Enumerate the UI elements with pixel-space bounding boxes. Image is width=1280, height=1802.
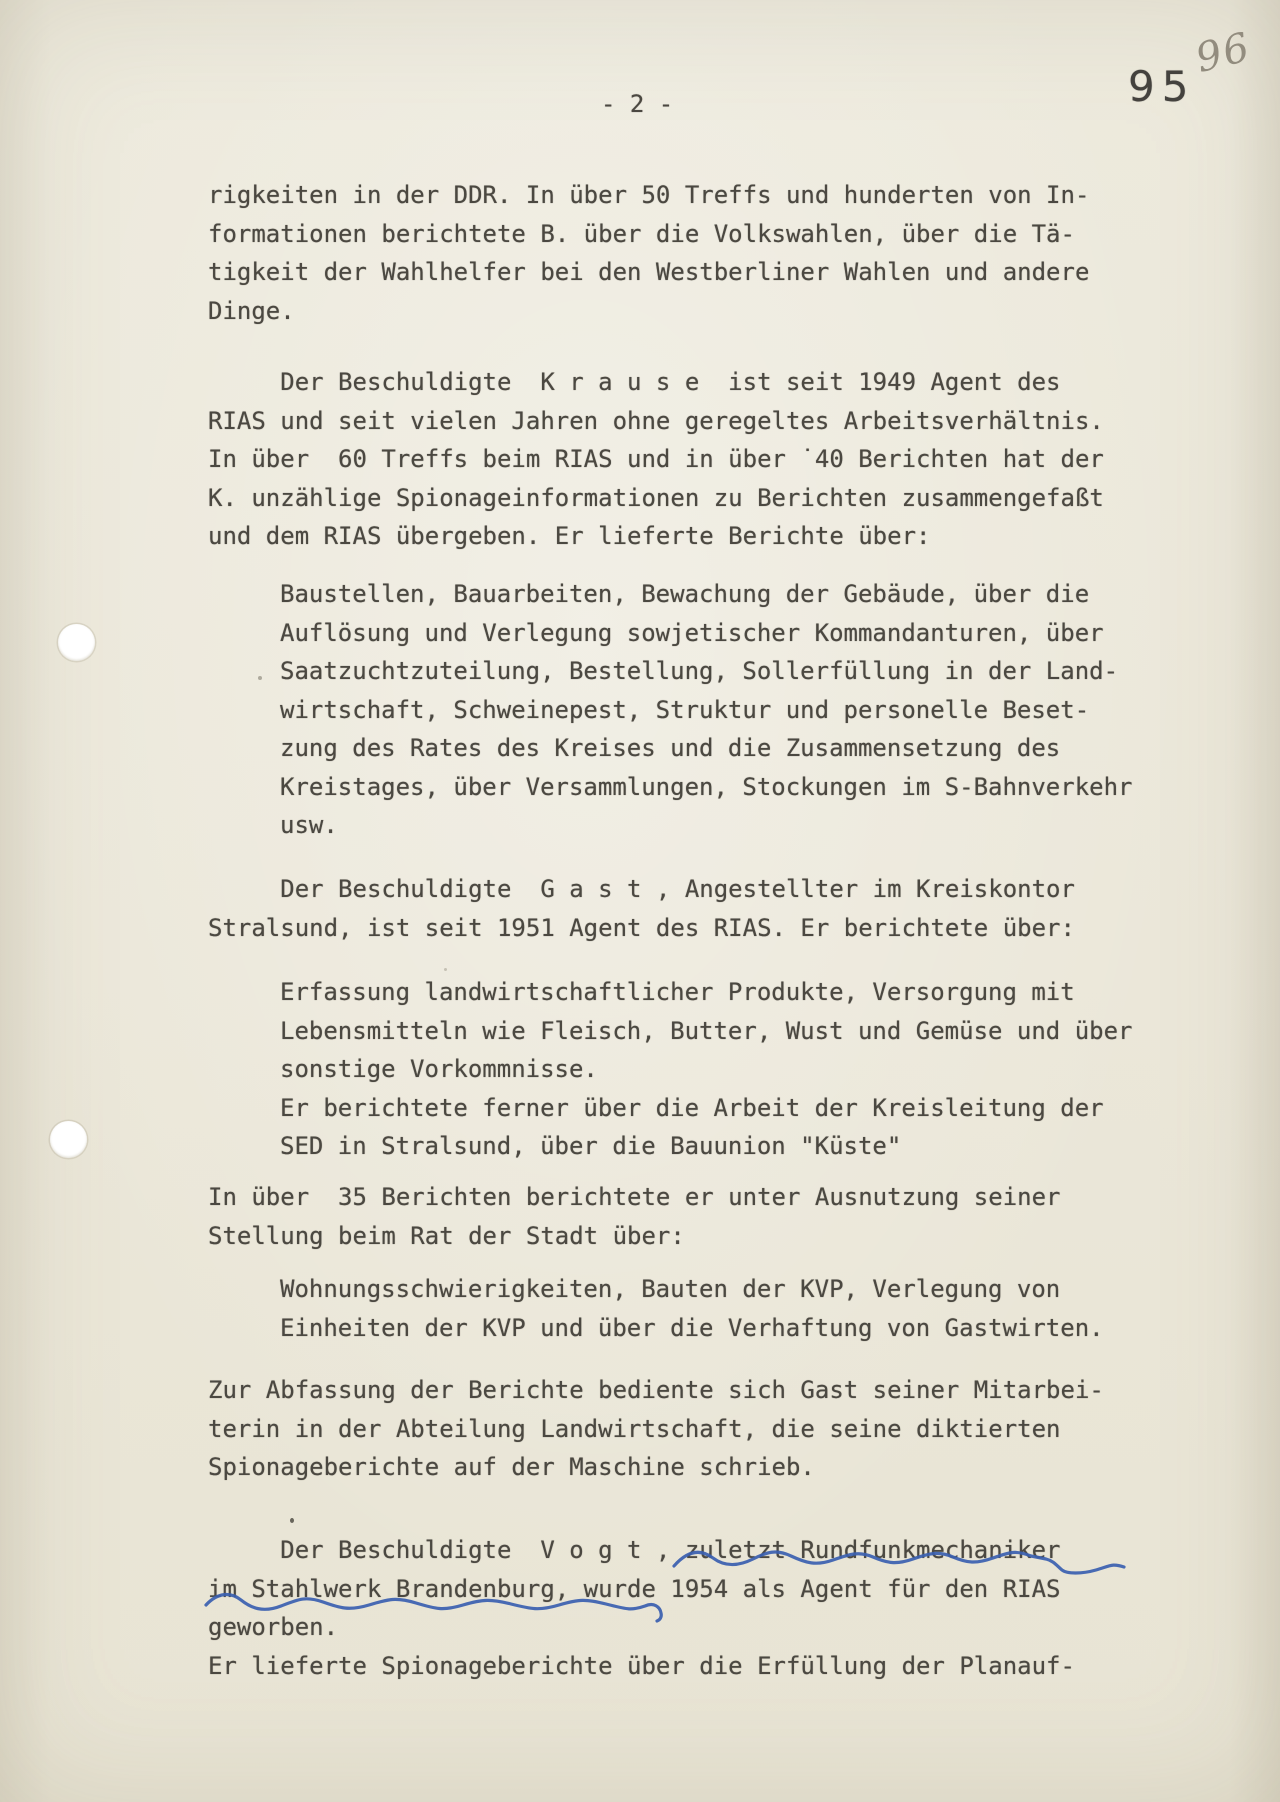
paragraph-gast: Der Beschuldigte G a s t , Angestellter … <box>208 870 1075 947</box>
stamped-folio-number: 95 <box>1128 62 1195 111</box>
text-line: RIAS und seit vielen Jahren ohne geregel… <box>208 402 1104 441</box>
list-gast-reports: Erfassung landwirtschaftlicher Produkte,… <box>280 973 1133 1166</box>
text-line: tigkeit der Wahlhelfer bei den Westberli… <box>208 253 1089 292</box>
hole-punch-top <box>58 624 95 661</box>
list-stadt-reports: Wohnungsschwierigkeiten, Bauten der KVP,… <box>280 1270 1104 1347</box>
text-line: In über 60 Treffs beim RIAS und in über … <box>208 440 1104 479</box>
list-krause-reports: Baustellen, Bauarbeiten, Bewachung der G… <box>280 575 1133 845</box>
text-line: Der Beschuldigte K r a u s e ist seit 19… <box>208 363 1104 402</box>
text-line: Lebensmitteln wie Fleisch, Butter, Wust … <box>280 1012 1133 1051</box>
ink-speck <box>290 1518 294 1523</box>
text-line: Er berichtete ferner über die Arbeit der… <box>280 1089 1133 1128</box>
paragraph-vogt: Der Beschuldigte V o g t , zuletzt Rundf… <box>208 1531 1075 1685</box>
text-line: Stralsund, ist seit 1951 Agent des RIAS.… <box>208 909 1075 948</box>
paragraph-abfassung: Zur Abfassung der Berichte bediente sich… <box>208 1371 1104 1487</box>
text-line: Auflösung und Verlegung sowjetischer Kom… <box>280 614 1133 653</box>
text-line: Spionageberichte auf der Maschine schrie… <box>208 1448 1104 1487</box>
text-line: usw. <box>280 806 1133 845</box>
hole-punch-bottom <box>50 1121 87 1158</box>
text-line: Zur Abfassung der Berichte bediente sich… <box>208 1371 1104 1410</box>
text-line: Dinge. <box>208 292 1089 331</box>
text-line: Kreistages, über Versammlungen, Stockung… <box>280 768 1133 807</box>
paragraph-krause: Der Beschuldigte K r a u s e ist seit 19… <box>208 363 1104 556</box>
text-line: Der Beschuldigte G a s t , Angestellter … <box>208 870 1075 909</box>
text-line: geworben. <box>208 1608 1075 1647</box>
paragraph-intro: rigkeiten in der DDR. In über 50 Treffs … <box>208 176 1089 330</box>
text-line: und dem RIAS übergeben. Er lieferte Beri… <box>208 517 1104 556</box>
text-line: formationen berichtete B. über die Volks… <box>208 215 1089 254</box>
dust-speck <box>444 968 447 971</box>
dust-speck <box>258 676 262 680</box>
text-line: im Stahlwerk Brandenburg, wurde 1954 als… <box>208 1570 1075 1609</box>
paragraph-35-berichte: In über 35 Berichten berichtete er unter… <box>208 1178 1061 1255</box>
text-line: Er lieferte Spionageberichte über die Er… <box>208 1647 1075 1686</box>
text-line: zung des Rates des Kreises und die Zusam… <box>280 729 1133 768</box>
text-line: SED in Stralsund, über die Bauunion "Küs… <box>280 1127 1133 1166</box>
page-number-header: - 2 - <box>601 90 673 118</box>
text-line: sonstige Vorkommnisse. <box>280 1050 1133 1089</box>
text-line: Saatzuchtzuteilung, Bestellung, Sollerfü… <box>280 652 1133 691</box>
text-line: Der Beschuldigte V o g t , zuletzt Rundf… <box>208 1531 1075 1570</box>
text-line: rigkeiten in der DDR. In über 50 Treffs … <box>208 176 1089 215</box>
text-line: Wohnungsschwierigkeiten, Bauten der KVP,… <box>280 1270 1104 1309</box>
text-line: terin in der Abteilung Landwirtschaft, d… <box>208 1410 1104 1449</box>
text-line: Stellung beim Rat der Stadt über: <box>208 1217 1061 1256</box>
text-line: Einheiten der KVP und über die Verhaftun… <box>280 1309 1104 1348</box>
text-line: Erfassung landwirtschaftlicher Produkte,… <box>280 973 1133 1012</box>
text-line: wirtschaft, Schweinepest, Struktur und p… <box>280 691 1133 730</box>
text-line: K. unzählige Spionageinformationen zu Be… <box>208 479 1104 518</box>
text-line: Baustellen, Bauarbeiten, Bewachung der G… <box>280 575 1133 614</box>
text-line: In über 35 Berichten berichtete er unter… <box>208 1178 1061 1217</box>
